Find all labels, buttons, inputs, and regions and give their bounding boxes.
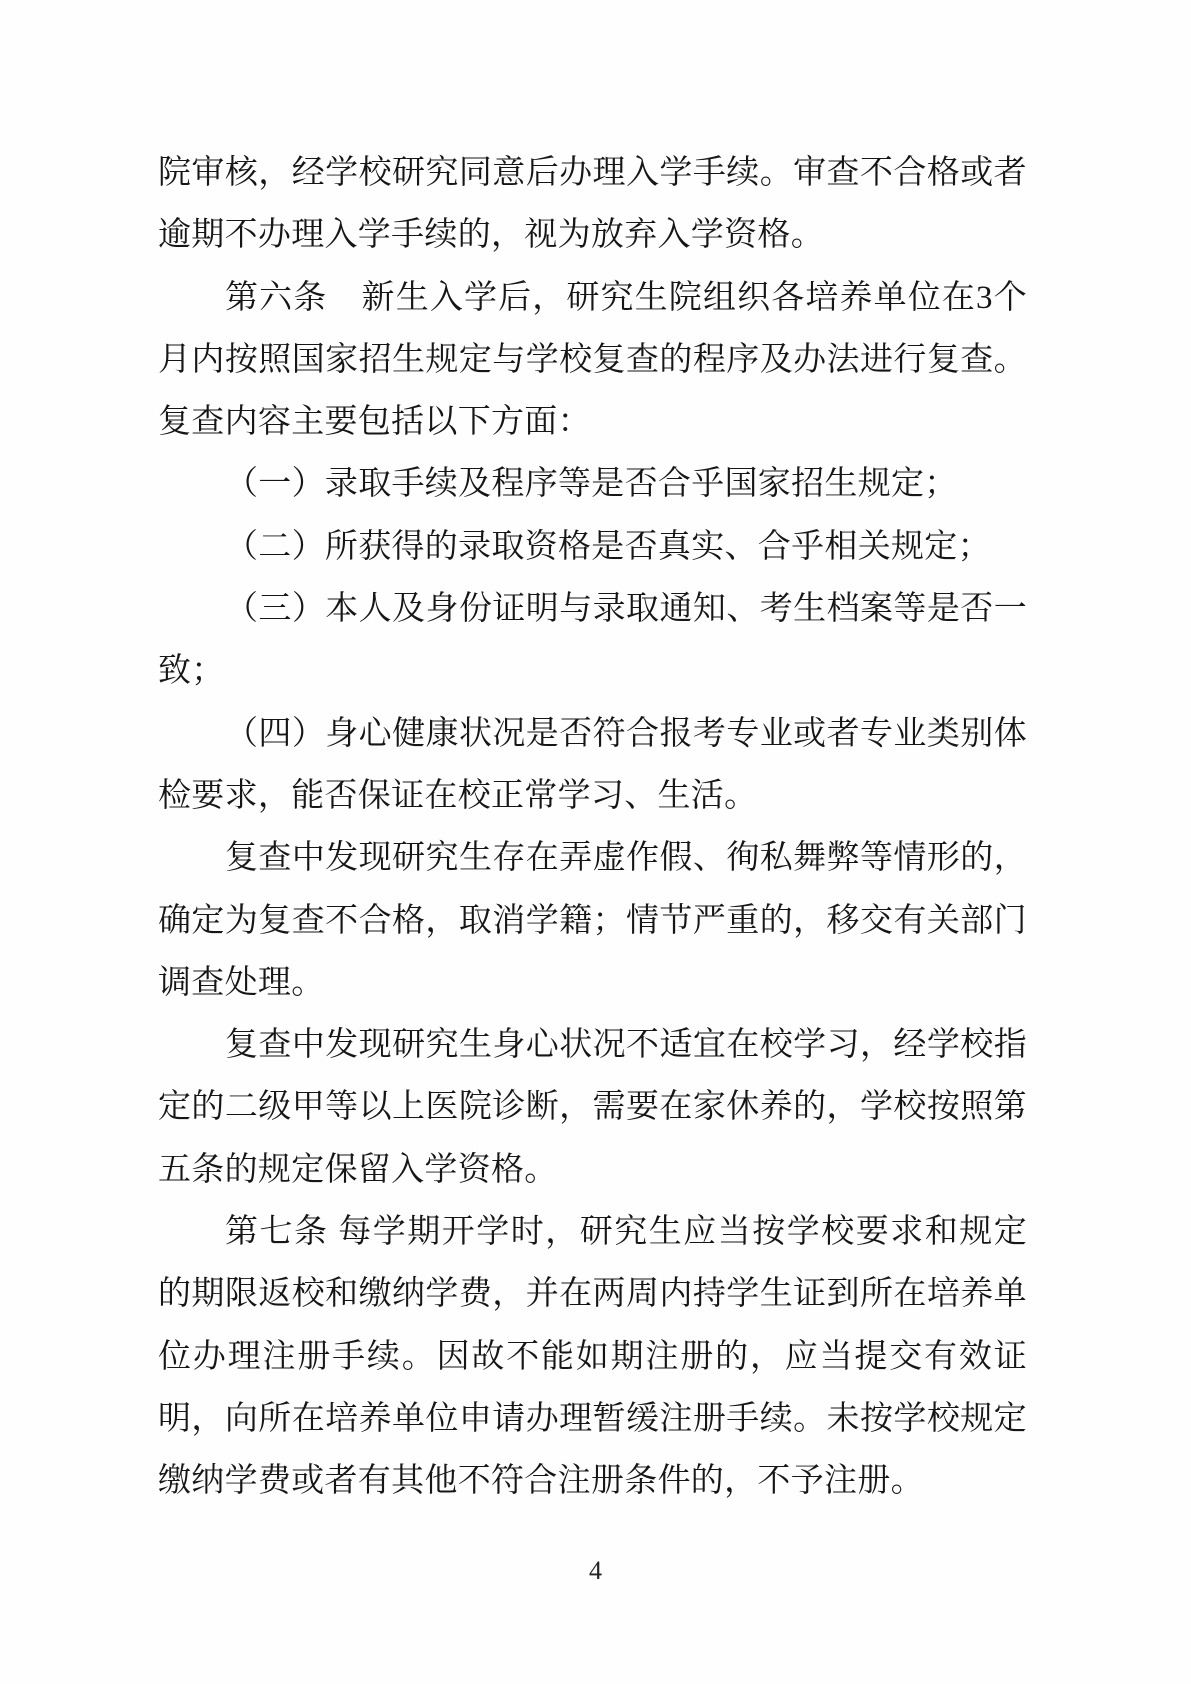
paragraph-item-1: （一）录取手续及程序等是否合乎国家招生规定； <box>158 453 1027 515</box>
paragraph-item-3: （三）本人及身份证明与录取通知、考生档案等是否一致； <box>158 578 1027 703</box>
paragraph-item-4: （四）身心健康状况是否符合报考专业或者专业类别体检要求，能否保证在校正常学习、生… <box>158 703 1027 828</box>
paragraph-article-6: 第六条 新生入学后，研究生院组织各培养单位在3个月内按照国家招生规定与学校复查的… <box>158 267 1027 454</box>
page-number: 4 <box>0 1556 1191 1586</box>
paragraph-continuation: 院审核，经学校研究同意后办理入学手续。审查不合格或者逾期不办理入学手续的，视为放… <box>158 142 1027 267</box>
paragraph-recheck-health: 复查中发现研究生身心状况不适宜在校学习，经学校指定的二级甲等以上医院诊断，需要在… <box>158 1014 1027 1201</box>
paragraph-item-2: （二）所获得的录取资格是否真实、合乎相关规定； <box>158 516 1027 578</box>
document-page: 院审核，经学校研究同意后办理入学手续。审查不合格或者逾期不办理入学手续的，视为放… <box>0 0 1191 1684</box>
paragraph-recheck-fraud: 复查中发现研究生存在弄虚作假、徇私舞弊等情形的，确定为复查不合格，取消学籍；情节… <box>158 827 1027 1014</box>
paragraph-article-7: 第七条 每学期开学时，研究生应当按学校要求和规定的期限返校和缴纳学费，并在两周内… <box>158 1201 1027 1512</box>
document-body: 院审核，经学校研究同意后办理入学手续。审查不合格或者逾期不办理入学手续的，视为放… <box>158 142 1027 1513</box>
